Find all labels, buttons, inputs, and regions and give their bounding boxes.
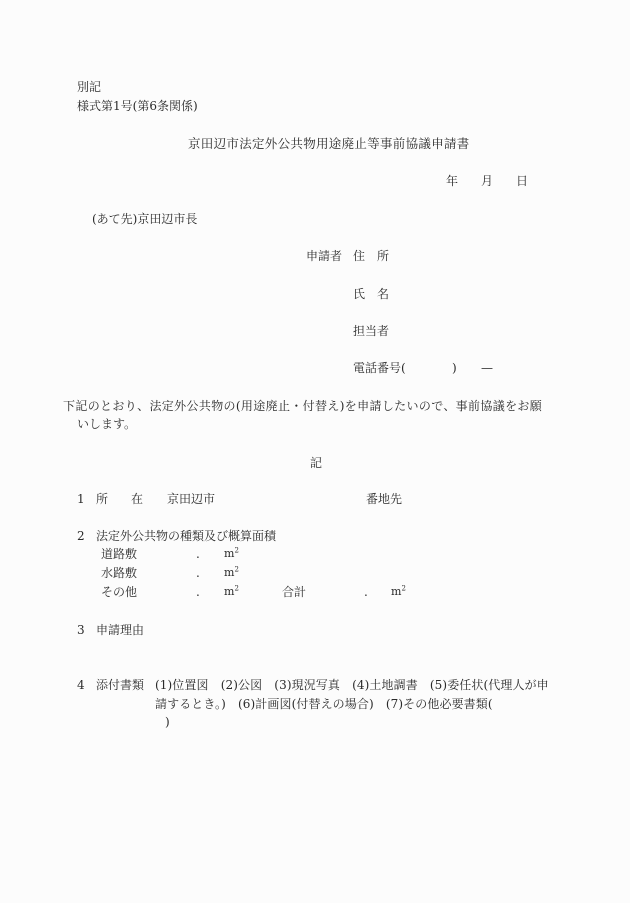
item1-number: 1 <box>77 491 85 507</box>
area-unit-water: m2 <box>224 565 239 581</box>
item3-number: 3 <box>77 622 85 638</box>
contact-person-label: 担当者 <box>353 323 389 339</box>
area-unit-other: m2 <box>224 584 239 600</box>
area-total-label: 合計 <box>282 584 306 600</box>
form-number-label: 様式第1号(第6条関係) <box>77 98 198 114</box>
item4-line2: 請するとき。) (6)計画図(付替えの場合) (7)その他必要書類( <box>155 696 493 712</box>
area-dot-road: . <box>196 546 200 562</box>
address-label: 住 所 <box>353 248 389 264</box>
area-type-water: 水路敷 <box>101 565 137 581</box>
item1-label-part1: 所 <box>96 491 108 507</box>
applicant-label: 申請者 <box>306 248 342 264</box>
phone-dash: — <box>481 360 493 376</box>
phone-paren-close: ) <box>452 360 457 376</box>
name-label: 氏 名 <box>353 286 389 302</box>
addressee: (あて先)京田辺市長 <box>92 211 197 227</box>
body-text-line1: 下記のとおり、法定外公共物の(用途廃止・付替え)を申請したいので、事前協議をお願 <box>63 398 542 414</box>
item2-label: 法定外公共物の種類及び概算面積 <box>96 528 276 544</box>
appendix-label: 別記 <box>77 79 101 95</box>
area-type-other: その他 <box>101 584 137 600</box>
area-unit-road: m2 <box>224 546 239 562</box>
month-label: 月 <box>481 173 493 189</box>
document-title: 京田辺市法定外公共物用途廃止等事前協議申請書 <box>188 136 470 152</box>
year-label: 年 <box>446 173 458 189</box>
item4-line1: (1)位置図 (2)公図 (3)現況写真 (4)土地調書 (5)委任状(代理人が… <box>155 677 549 693</box>
item4-label: 添付書類 <box>96 677 144 693</box>
area-dot-water: . <box>196 565 200 581</box>
ki-heading: 記 <box>310 455 322 471</box>
item3-label: 申請理由 <box>96 622 144 638</box>
item1-city: 京田辺市 <box>167 491 215 507</box>
item4-number: 4 <box>77 677 85 693</box>
item1-suffix: 番地先 <box>366 491 402 507</box>
item4-line3: ) <box>165 714 170 730</box>
area-total-dot: . <box>364 584 368 600</box>
body-text-line2: いします。 <box>77 416 136 432</box>
area-total-unit: m2 <box>391 584 406 600</box>
area-dot-other: . <box>196 584 200 600</box>
day-label: 日 <box>516 173 528 189</box>
item1-label-part2: 在 <box>131 491 143 507</box>
area-type-road: 道路敷 <box>101 546 137 562</box>
phone-label: 電話番号( <box>353 360 406 376</box>
item2-number: 2 <box>77 528 85 544</box>
